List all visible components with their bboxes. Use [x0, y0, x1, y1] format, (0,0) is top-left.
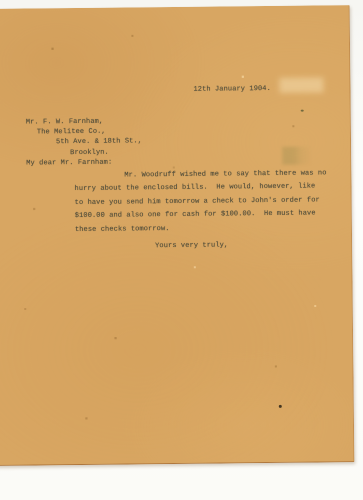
letter-body: Mr. Woodruff wished me to say that there… — [74, 167, 325, 237]
body-line: these checks tomorrow. — [75, 221, 325, 237]
closing-line: Yours very truly, — [155, 241, 228, 250]
ink-speck — [301, 110, 304, 112]
recipient-address-line: The Melitee Co., — [37, 128, 106, 137]
recipient-address-line: Mr. F. W. Farnham, — [26, 118, 104, 127]
recipient-address-line: Brooklyn. — [70, 149, 109, 157]
letter-date: 12th January 1904. — [193, 85, 271, 94]
scan-light-smudge — [279, 77, 323, 92]
pencil-smudge — [282, 147, 312, 165]
salutation: My dear Mr. Farnham: — [26, 159, 112, 168]
letter-paper: 12th January 1904. Mr. F. W. Farnham, Th… — [0, 5, 354, 466]
ink-speck — [279, 405, 282, 408]
recipient-address-line: 5th Ave. & 18th St., — [56, 137, 142, 146]
